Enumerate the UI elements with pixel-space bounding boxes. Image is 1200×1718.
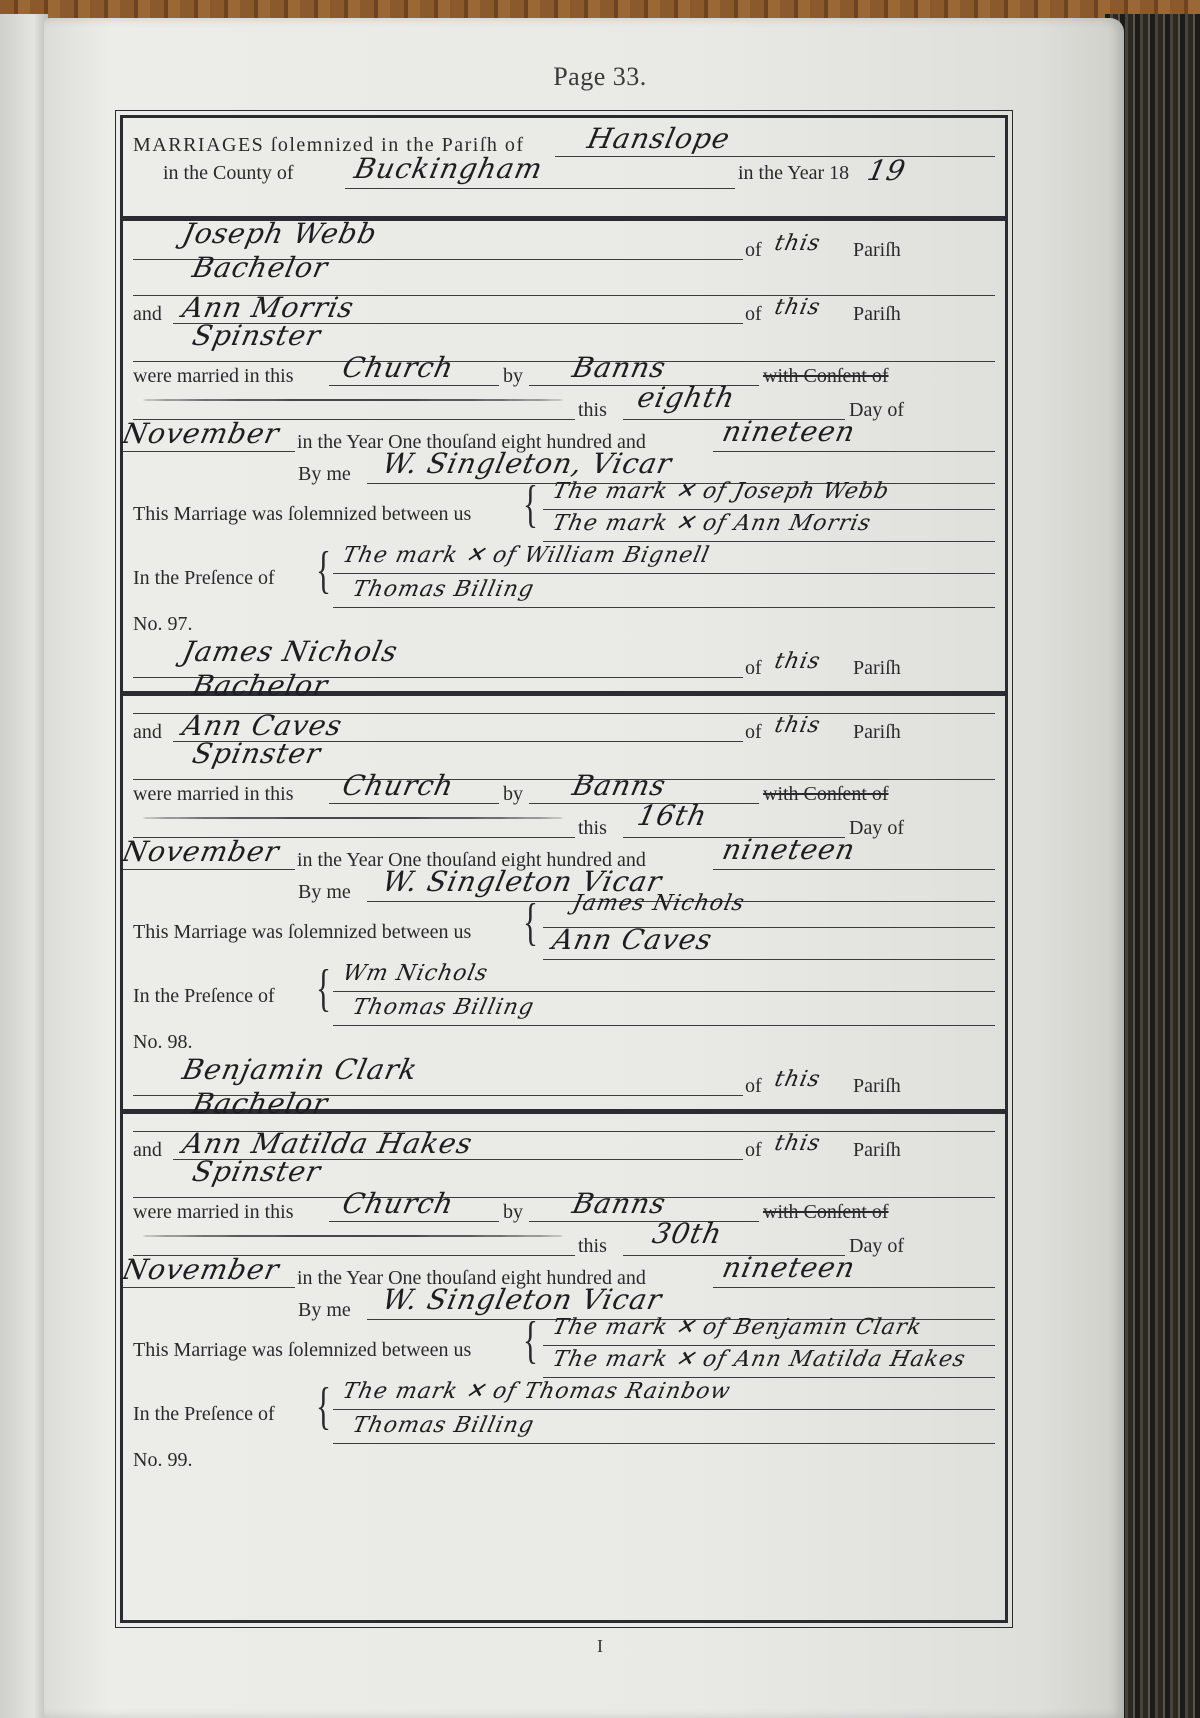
by-me-label: By me: [298, 1299, 351, 1322]
groom-parish: this: [772, 1067, 823, 1092]
facing-page-edge: [0, 14, 48, 1718]
parish-label: Pariſh: [853, 657, 901, 680]
in-presence-of-label: In the Preſence of: [133, 985, 275, 1008]
consent-field: [133, 1225, 575, 1256]
signature-mark: I: [0, 1636, 1200, 1657]
by-label: by: [503, 783, 523, 806]
entry-number: No. 99.: [133, 1449, 192, 1472]
witness-2: Thomas Billing: [350, 1413, 536, 1438]
and-label: and: [133, 303, 162, 326]
brace: {: [523, 1315, 538, 1367]
by-me-label: By me: [298, 463, 351, 486]
parish-label: Pariſh: [853, 303, 901, 326]
groom-parish: this: [772, 649, 823, 674]
parish-label: Pariſh: [853, 1139, 901, 1162]
county-value: Buckingham: [351, 152, 545, 185]
marriage-entry-98: James Nichols of this Pariſh Bachelor an…: [123, 639, 1005, 1114]
day-value: 30th: [649, 1217, 725, 1250]
month-value: November: [119, 417, 282, 450]
year-suffix: 19: [864, 154, 909, 187]
solemnized-between-label: This Marriage was ſolemnized between us: [133, 1339, 471, 1362]
witness-2: Thomas Billing: [350, 577, 536, 602]
and-label: and: [133, 721, 162, 744]
method-value: Banns: [569, 351, 669, 384]
witness-2: Thomas Billing: [350, 995, 536, 1020]
witness-1: The mark ✕ of Thomas Rainbow: [340, 1379, 733, 1404]
year-words-value: nineteen: [719, 415, 858, 448]
bride-signature: The mark ✕ of Ann Morris: [550, 511, 873, 536]
bride-parish: this: [772, 713, 823, 738]
of-label: of: [745, 303, 762, 326]
entry-number: No. 98.: [133, 1031, 192, 1054]
year-label: in the Year 18: [738, 162, 849, 185]
were-married-label: were married in this: [133, 1201, 294, 1224]
in-presence-of-label: In the Preſence of: [133, 567, 275, 590]
year-words-value: nineteen: [719, 833, 858, 866]
marriage-entry-97: Joseph Webb of this Pariſh Bachelor and …: [123, 221, 1005, 696]
of-label: of: [745, 721, 762, 744]
brace: {: [316, 963, 331, 1015]
by-label: by: [503, 365, 523, 388]
of-label: of: [745, 1075, 762, 1098]
year-words-value: nineteen: [719, 1251, 858, 1284]
page-number: Page 33.: [0, 62, 1200, 92]
register-header: MARRIAGES ſolemnized in the Pariſh of Ha…: [123, 118, 1005, 221]
bride-parish: this: [772, 1131, 823, 1156]
place-value: Church: [339, 1187, 457, 1220]
by-label: by: [503, 1201, 523, 1224]
place-value: Church: [339, 769, 457, 802]
county-label: in the County of: [163, 162, 294, 185]
and-label: and: [133, 1139, 162, 1162]
brace: {: [523, 479, 538, 531]
brace: {: [523, 897, 538, 949]
witness-1: The mark ✕ of William Bignell: [340, 543, 712, 568]
day-value: 16th: [634, 799, 710, 832]
place-value: Church: [339, 351, 457, 384]
entry-number: No. 97.: [133, 613, 192, 636]
of-label: of: [745, 657, 762, 680]
month-value: November: [119, 835, 282, 868]
month-value: November: [119, 1253, 282, 1286]
this-label: this: [578, 817, 607, 840]
register-frame: MARRIAGES ſolemnized in the Pariſh of Ha…: [120, 115, 1008, 1623]
bride-signature: The mark ✕ of Ann Matilda Hakes: [550, 1347, 968, 1372]
with-consent-label-struck: with Conſent of: [763, 365, 889, 388]
by-me-label: By me: [298, 881, 351, 904]
of-label: of: [745, 239, 762, 262]
groom-signature: The mark ✕ of Joseph Webb: [550, 479, 891, 504]
brace: {: [316, 545, 331, 597]
bride-signature: Ann Caves: [549, 923, 715, 956]
this-label: this: [578, 1235, 607, 1258]
were-married-label: were married in this: [133, 365, 294, 388]
with-consent-label-struck: with Conſent of: [763, 783, 889, 806]
consent-field: [133, 807, 575, 838]
in-presence-of-label: In the Preſence of: [133, 1403, 275, 1426]
day-value: eighth: [634, 381, 738, 414]
marriage-entry-99: Benjamin Clark of this Pariſh Bachelor a…: [123, 1057, 1005, 1527]
groom-signature: James Nichols: [570, 891, 747, 916]
of-label: of: [745, 1139, 762, 1162]
groom-parish: this: [772, 231, 823, 256]
method-value: Banns: [569, 1187, 669, 1220]
solemnized-between-label: This Marriage was ſolemnized between us: [133, 921, 471, 944]
parish-label: Pariſh: [853, 721, 901, 744]
parish-label: Pariſh: [853, 239, 901, 262]
consent-field: [133, 389, 575, 420]
parish-value: Hanslope: [584, 122, 733, 155]
with-consent-label-struck: with Conſent of: [763, 1201, 889, 1224]
this-label: this: [578, 399, 607, 422]
solemnized-between-label: This Marriage was ſolemnized between us: [133, 503, 471, 526]
were-married-label: were married in this: [133, 783, 294, 806]
bride-parish: this: [772, 295, 823, 320]
method-value: Banns: [569, 769, 669, 802]
witness-1: Wm Nichols: [340, 961, 490, 986]
brace: {: [316, 1381, 331, 1433]
parish-label: Pariſh: [853, 1075, 901, 1098]
groom-signature: The mark ✕ of Benjamin Clark: [550, 1315, 924, 1340]
